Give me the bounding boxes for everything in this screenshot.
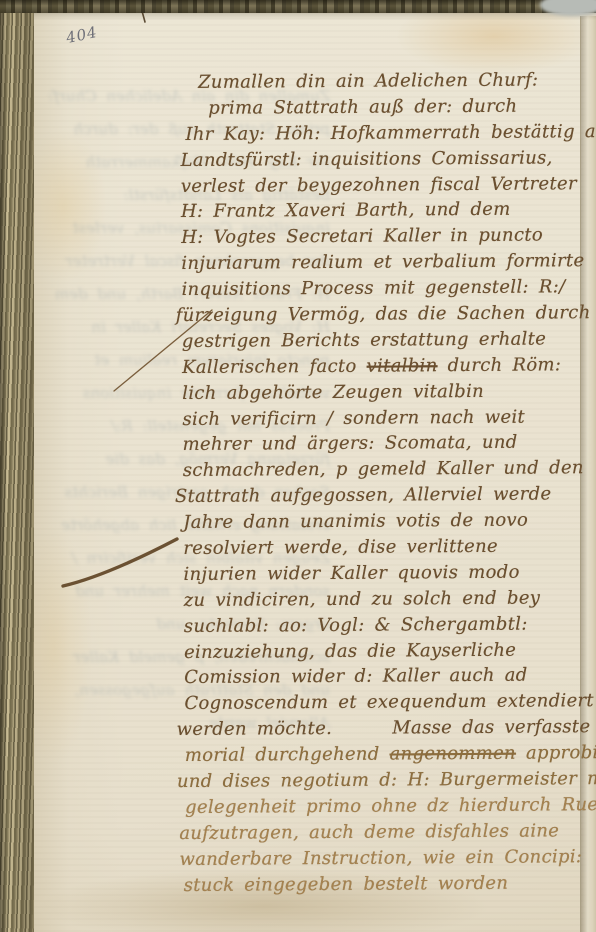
manuscript-line: suchlabl: ao: Vogl: & Schergambtl: [184,611,596,640]
manuscript-line: gelegenheit primo ohne dz hierdurch Ruef [185,792,596,821]
struck-word: vitalbin [367,355,438,376]
manuscript-line: lich abgehörte Zeugen vitalbin [182,378,596,407]
handwritten-text: Zumallen din ain Adelichen Churf:prima S… [180,67,596,916]
struck-word: angenommen [390,743,516,765]
manuscript-line: fürzeigung Vermög, das die Sachen durch [176,300,596,329]
manuscript-line: injurien wider Kaller quovis modo [183,559,596,588]
manuscript-line: zu vindiciren, und zu solch end bey [184,585,596,614]
manuscript-photograph: Zumallen din ain Adelichen Churf: prima … [0,0,596,932]
manuscript-line: Stattrath aufgegossen, Allerviel werde [175,481,596,510]
manuscript-line: H: Vogtes Secretari Kaller in puncto [181,222,596,251]
manuscript-line: Zumallen din ain Adelichen Churf: [198,67,596,96]
page-number: 404 [64,23,99,47]
manuscript-line: und dises negotium d: H: Burgermeister m… [177,766,596,795]
manuscript-line: stuck eingegeben bestelt worden [184,870,596,899]
manuscript-line: aufzutragen, auch deme disfahles aine [179,818,596,847]
manuscript-page: Zumallen din ain Adelichen Churf: prima … [14,6,596,932]
manuscript-line: mehrer und ärgers: Scomata, und [183,429,596,458]
book-spine-page-edges [0,4,34,932]
manuscript-line: sich verificirn / sondern nach weit [182,404,596,433]
manuscript-line: verlest der beygezohnen fiscal Vertreter [181,171,596,200]
manuscript-line: Landtsfürstl: inquisitions Comissarius, [181,145,596,174]
manuscript-line: Kallerischen facto vitalbin durch Röm: [182,352,596,381]
manuscript-line: Comission wider d: Kaller auch ad [184,663,596,692]
bound-volume: Zumallen din ain Adelichen Churf: prima … [0,0,596,932]
manuscript-line: injuriarum realium et verbalium formirte [181,248,596,277]
manuscript-line: Cognoscendum et exequendum extendiert [184,688,596,717]
manuscript-line: H: Frantz Xaveri Barth, und dem [181,196,596,225]
manuscript-line: schmachreden, p gemeld Kaller und den [183,455,596,484]
manuscript-line: gestrigen Berichts erstattung erhalte [182,326,596,355]
manuscript-line: resolviert werde, dise verlittene [183,533,596,562]
manuscript-line: morial durchgehend angenommen approbiert… [185,740,596,769]
manuscript-line: Jahre dann unanimis votis de novo [183,507,596,536]
book-top-page-edges [0,0,596,13]
manuscript-line: wanderbare Instruction, wie ein Concipi: [179,844,596,873]
manuscript-line: inquisitions Process mit gegenstell: R:/ [181,274,596,303]
manuscript-line: einzuziehung, das die Kayserliche [184,637,596,666]
manuscript-line: Ihr Kay: Höh: Hofkammerrath bestättig al… [185,119,596,148]
manuscript-line: prima Stattrath auß der: durch [208,93,596,122]
manuscript-line: werden möchte. Masse das verfasste Me: [177,714,596,743]
